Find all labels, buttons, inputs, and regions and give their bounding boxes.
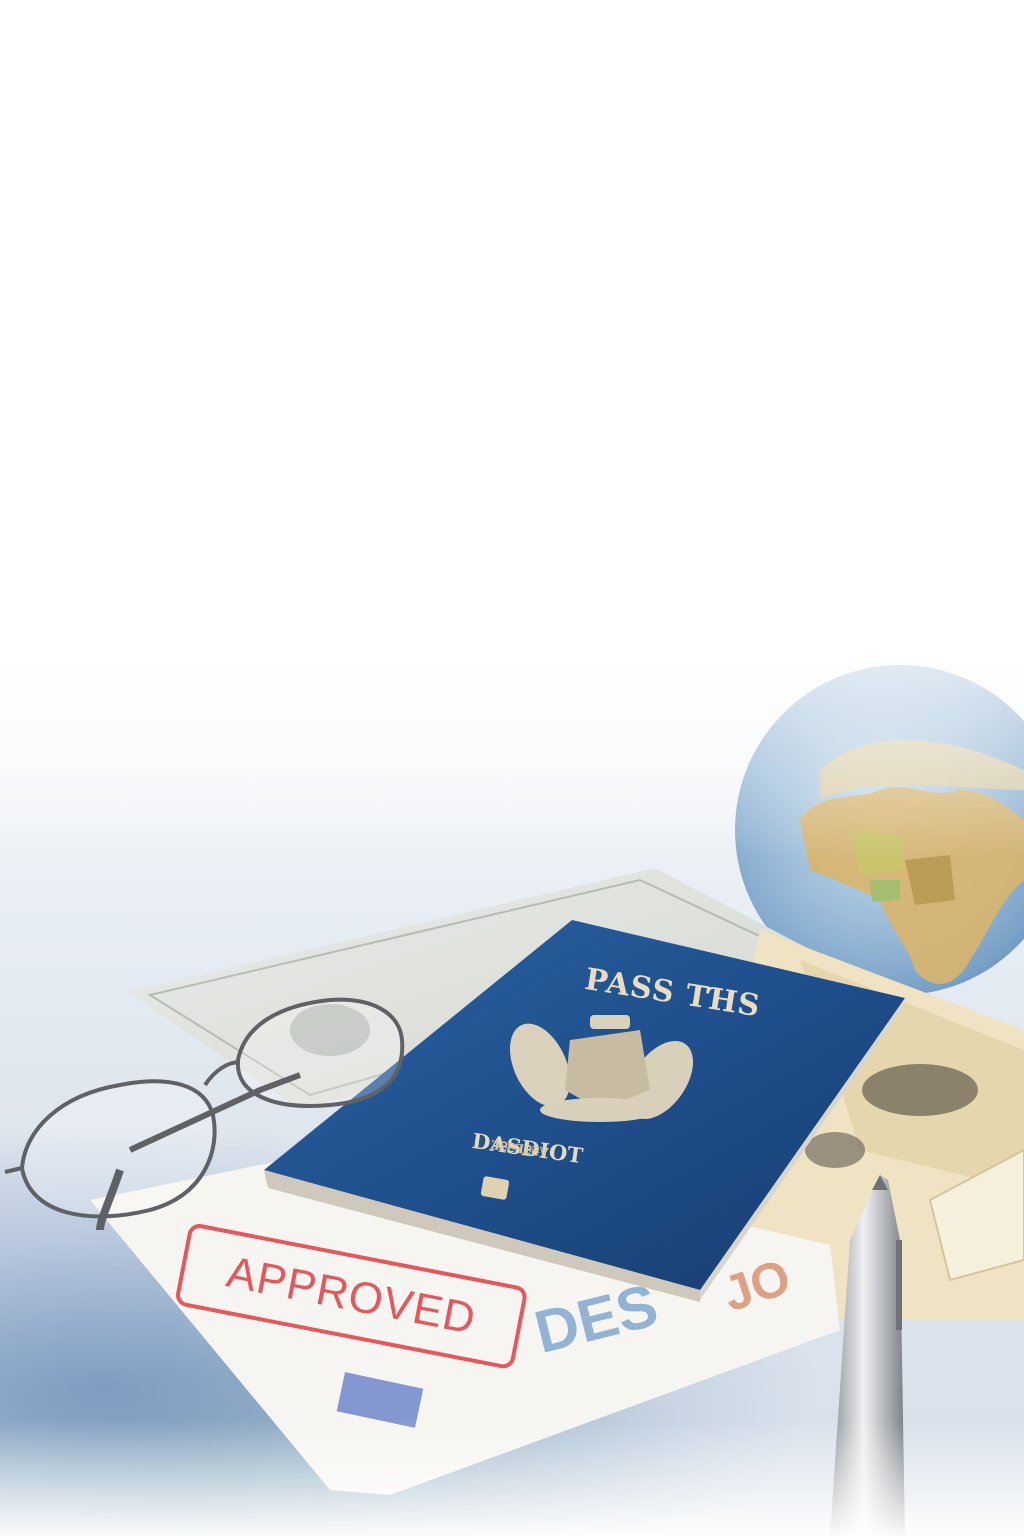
- photo-scene: PASS TꞪS DASDIOT ƎꞨꞨƎꞨꞨA APPROVED JO DES: [0, 0, 1024, 1536]
- top-white-fade: [0, 600, 1024, 860]
- bottom-white-fade: [0, 1420, 1024, 1536]
